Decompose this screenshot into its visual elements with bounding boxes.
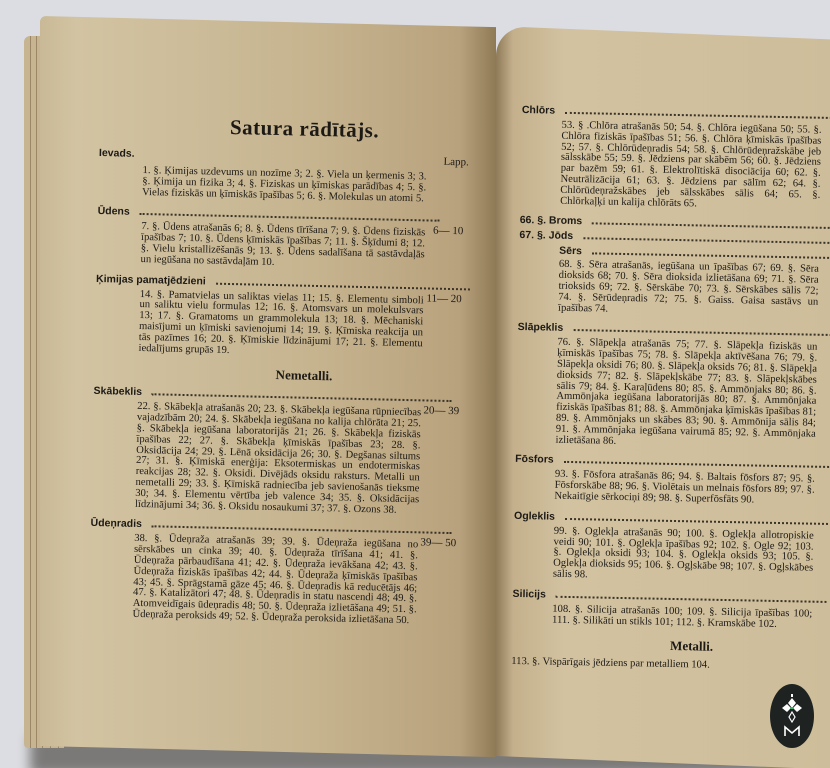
toc-section: Ķimijas pamatjēdzieni 11— 20 14. §. Pama… — [94, 273, 476, 362]
toc-section: Silicijs 10 108. §. Silicija atrašanās 1… — [512, 588, 830, 632]
toc-section: Slāpeklis 76. §. Slāpekļa atrašanās 75; … — [515, 321, 830, 451]
toc-section: Ūdeņradis 39— 50 38. §. Ūdeņraža atrašan… — [88, 517, 470, 628]
page-title: Satura rādītājs. — [129, 113, 479, 146]
section-heading: Silicijs — [512, 588, 546, 601]
section-heading: 66. §. Broms — [520, 214, 583, 227]
section-entries: 1. §. Ķimijas uzdevums un nozīme 3; 2. §… — [142, 166, 427, 205]
section-heading: Fōsfors — [515, 453, 554, 466]
section-heading: Ievads. — [99, 147, 135, 160]
section-entries: 76. §. Slāpekļa atrašanās 75; 77. §. Slā… — [555, 338, 817, 451]
page-range: 39— 50 — [420, 537, 456, 550]
leader-dots — [565, 112, 830, 119]
ornament-logo-icon — [770, 684, 814, 748]
leader-dots — [152, 394, 452, 403]
toc-section: Fōsfors 93. §. Fōsfora atrašanās 86; 94.… — [514, 453, 830, 508]
section-entries: 99. §. Oglekļa atrašanās 90; 100. §. Ogl… — [553, 526, 814, 585]
section-heading: Skābeklis — [93, 385, 142, 398]
leader-dots — [564, 461, 829, 468]
toc-section: Ūdens 6— 10 7. §. Ūdens atrašanās 6; 8. … — [96, 205, 477, 273]
section-heading: Slāpeklis — [518, 321, 564, 334]
leader-dots — [556, 595, 827, 602]
page-range: 6— 10 — [433, 225, 464, 238]
part-heading: Metalli. — [551, 636, 830, 657]
leader-dots — [152, 526, 452, 535]
toc-section: Ogleklis 99. §. Oglekļa atrašanās 90; 10… — [513, 510, 830, 586]
section-entries: 93. §. Fōsfora atrašanās 86; 94. §. Balt… — [554, 470, 815, 507]
section-heading: Ūdeņradis — [90, 517, 142, 530]
leader-dots — [592, 223, 830, 230]
section-entries: 68. §. Sēra atrašanās, iegūšana un īpašī… — [558, 260, 819, 319]
toc-section: Chlōrs 53. § .Chlōra atrašanās 50; 54. §… — [520, 104, 830, 212]
leader-dots — [216, 282, 470, 290]
section-heading: Sērs — [559, 245, 582, 257]
section-heading: Ķimijas pamatjēdzieni — [96, 273, 206, 287]
section-heading: 67. §. Jōds — [519, 229, 573, 242]
section-entries: 113. §. Vispārīgais jēdziens par metalli… — [511, 657, 811, 674]
right-page-content: Chlōrs 53. § .Chlōra atrašanās 50; 54. §… — [511, 104, 830, 674]
leader-dots — [565, 518, 828, 525]
section-entries: 22. §. Skābekļa atrašanās 20; 23. §. Skā… — [135, 402, 421, 516]
section-heading: Ūdens — [98, 205, 130, 218]
leader-dots — [583, 238, 830, 245]
section-entries: 53. § .Chlōra atrašanās 50; 54. §. Chlōr… — [560, 121, 822, 212]
left-page-content: Satura rādītājs. Lapp. Ievads. 1. §. Ķim… — [88, 108, 480, 636]
toc-subsection: Sērs 68. §. Sēra atrašanās, iegūšana un … — [558, 245, 830, 319]
section-entries: 14. §. Pamatvielas un saliktas vielas 11… — [138, 290, 423, 361]
page-range: 11— 20 — [426, 292, 462, 305]
toc-section: Ievads. 1. §. Ķimijas uzdevums un nozīme… — [98, 147, 479, 206]
leader-dots — [573, 329, 830, 336]
toc-section: Skābeklis 20— 39 22. §. Skābekļa atrašan… — [91, 385, 474, 518]
section-entries: 7. §. Ūdens atrašanās 6; 8. §. Ūdens tīr… — [140, 222, 425, 272]
leader-dots — [140, 213, 440, 222]
section-heading: Ogleklis — [514, 510, 555, 523]
section-entries: 38. §. Ūdeņraža atrašanās 39; 39. §. Ūde… — [132, 534, 418, 627]
part-heading: Nemetalli. — [134, 364, 474, 388]
page-range: 20— 39 — [423, 405, 459, 418]
leader-dots — [592, 253, 830, 260]
section-entries: 108. §. Silicija atrašanās 100; 109. §. … — [552, 604, 812, 631]
section-heading: Chlōrs — [522, 104, 555, 117]
